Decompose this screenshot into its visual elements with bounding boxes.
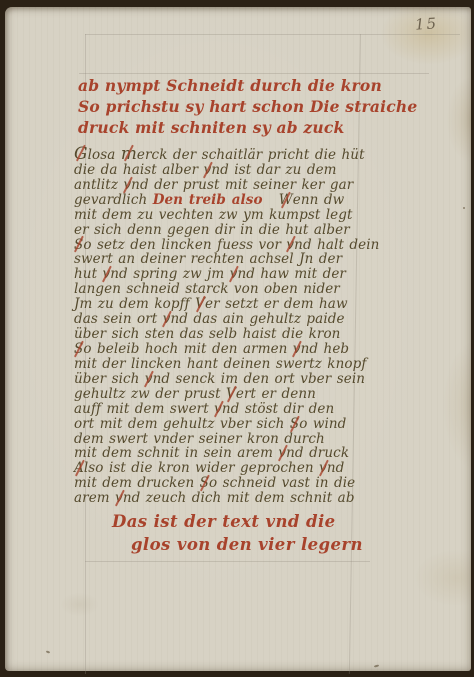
glosa-line: das sein ort vnd das ain gehultz paide: [74, 312, 379, 327]
text-span: setz den lincken fuess vor: [92, 237, 287, 253]
text-span: er denn: [256, 386, 316, 402]
red-touched-word: vnd: [214, 401, 239, 417]
ruling-line-footer: [85, 561, 370, 562]
text-span: das ain gehultz paide: [188, 311, 345, 327]
red-touched-word: So: [74, 237, 92, 253]
glosa-line: So beleib hoch mit den armen vnd heb: [74, 342, 379, 357]
text-span: ort mit dem gehultz vber sich: [74, 416, 290, 432]
glosa-line: langen schneid starck von oben nider: [74, 282, 379, 297]
red-touched-word: vnd: [230, 266, 255, 282]
red-touched-word: vnd: [204, 162, 229, 178]
closing-rubric-line: glos von den vier legern: [131, 533, 363, 556]
text-span: das sein ort: [74, 311, 163, 327]
red-touched-capital: S: [74, 342, 83, 357]
text-span: arem: [74, 490, 115, 506]
red-touched-capital: v: [103, 267, 111, 282]
red-touched-capital: v: [214, 402, 222, 417]
glosa-text-block: Glosa merck der schaitlär pricht die hüt…: [74, 146, 379, 506]
glosa-line: mit dem schnit in sein arem vnd druck: [74, 446, 379, 461]
ruling-line-top: [85, 34, 460, 35]
text-span: der schaitlär pricht die hüt: [168, 147, 365, 163]
red-touched-capital: A: [74, 461, 84, 476]
text-span: beleib hoch mit den armen: [92, 341, 293, 357]
glosa-line: So setz den lincken fuess vor vnd halt d…: [74, 238, 379, 253]
red-touched-capital: v: [319, 461, 327, 476]
glosa-line: arem vnd zeuch dich mit dem schnit ab: [74, 491, 379, 506]
glosa-line: Also ist die kron wider geprochen vnd: [74, 461, 379, 476]
verse-line: ab nympt Schneidt durch die kron: [78, 75, 417, 96]
red-touched-word: Ver setzt: [195, 296, 258, 312]
rubricated-words: Den treib also: [153, 192, 263, 208]
glosa-line: über sich sten das selb haist die kron: [74, 327, 379, 342]
manuscript-page: 15 ab nympt Schneidt durch die kronSo pr…: [5, 7, 471, 671]
glosa-line: Glosa merck der schaitlär pricht die hüt: [74, 146, 379, 163]
text-span: senck im den ort vber sein: [170, 371, 365, 387]
text-span: antlitz: [74, 177, 123, 193]
glosa-line: Jm zu dem kopff Ver setzt er dem haw: [74, 297, 379, 312]
glosa-line: gehultz zw der prust Vert er denn: [74, 387, 379, 402]
text-span: spring zw jm: [128, 266, 230, 282]
glosa-line: swert an deiner rechten achsel Jn der: [74, 252, 379, 267]
text-span: mit dem zu vechten zw ym kumpst legt: [74, 207, 353, 223]
text-span: auff mit dem swert: [74, 401, 214, 417]
text-span: die da haist alber: [74, 162, 204, 178]
ink-speck: [374, 664, 379, 667]
red-touched-capital: v: [293, 342, 301, 357]
text-span: mit dem drucken: [74, 475, 200, 491]
glosa-line: antlitz vnd der prust mit seiner ker gar: [74, 178, 379, 193]
red-touched-capital: S: [200, 476, 209, 491]
glosa-line: er sich denn gegen dir in die hut alber: [74, 223, 379, 238]
red-touched-word: vnd: [145, 371, 170, 387]
red-touched-capital: V: [195, 297, 205, 312]
red-touched-word: So: [200, 475, 218, 491]
red-touched-capital: v: [230, 267, 238, 282]
text-span: Jm zu dem kopff: [74, 296, 195, 312]
glosa-line: hut vnd spring zw jm vnd haw mit der: [74, 267, 379, 282]
glosa-line: ort mit dem gehultz vber sich So wind: [74, 417, 379, 432]
red-touched-word: So: [290, 416, 308, 432]
text-span: er sich denn gegen dir in die hut alber: [74, 222, 350, 238]
text-span: swert an deiner rechten achsel Jn der: [74, 251, 342, 267]
glosa-line: gevardlich Den treib also Wenn dw: [74, 193, 379, 208]
red-touched-capital: v: [115, 491, 123, 506]
red-touched-word: Also: [74, 460, 104, 476]
red-touched-capital: V: [226, 387, 236, 402]
text-span: mit dem schnit in sein arem: [74, 445, 278, 461]
red-touched-capital: S: [290, 417, 299, 432]
red-touched-capital: v: [163, 312, 171, 327]
red-touched-word: vnd: [103, 266, 128, 282]
red-touched-capital: S: [74, 238, 83, 253]
red-touched-capital: m: [121, 146, 137, 161]
text-span: stöst dir den: [239, 401, 334, 417]
red-touched-word: vnd: [278, 445, 303, 461]
red-touched-word: Wenn dw: [279, 192, 344, 208]
glosa-line: auff mit dem swert vnd stöst dir den: [74, 402, 379, 417]
text-span: ist dar zu dem: [229, 162, 337, 178]
text-span: mit der lincken hant deinen swertz knopf: [74, 356, 366, 372]
verse-line: druck mit schniten sy ab zuck: [78, 117, 417, 138]
text-span: der prust mit seiner ker gar: [149, 177, 354, 193]
text-span: [263, 192, 279, 208]
red-touched-word: vnd: [163, 311, 188, 327]
manuscript-photo: 15 ab nympt Schneidt durch die kronSo pr…: [0, 0, 474, 677]
glosa-line: über sich vnd senck im den ort vber sein: [74, 372, 379, 387]
glosa-line: mit dem zu vechten zw ym kumpst legt: [74, 208, 379, 223]
red-touched-word: So: [74, 341, 92, 357]
text-span: haw mit der: [255, 266, 346, 282]
red-touched-word: vnd: [293, 341, 318, 357]
text-span: über sich: [74, 371, 145, 387]
red-touched-word: Vert: [226, 386, 256, 402]
red-touched-word: merck: [121, 147, 168, 163]
text-span: halt dein: [312, 237, 380, 253]
text-span: dem swert vnder seiner kron durch: [74, 431, 325, 447]
closing-rubric: Das ist der text vnd dieglos von den vie…: [112, 510, 363, 556]
red-touched-capital: W: [279, 193, 293, 208]
red-touched-capital: G: [74, 146, 88, 161]
red-touched-capital: v: [278, 446, 286, 461]
verse-line: So prichstu sy hart schon Die straiche: [78, 96, 417, 117]
text-span: hut: [74, 266, 103, 282]
red-touched-word: vnd: [286, 237, 311, 253]
red-touched-word: Glosa: [74, 147, 115, 163]
text-span: heb: [318, 341, 349, 357]
ink-speck: [463, 207, 465, 209]
header-rubric-verse: ab nympt Schneidt durch die kronSo prich…: [78, 75, 417, 138]
ruling-line-header: [79, 73, 429, 74]
text-span: langen schneid starck von oben nider: [74, 281, 340, 297]
red-touched-capital: v: [123, 178, 131, 193]
text-span: zeuch dich mit dem schnit ab: [140, 490, 354, 506]
red-touched-capital: v: [286, 238, 294, 253]
red-touched-word: vnd: [319, 460, 344, 476]
text-span: gevardlich: [74, 192, 153, 208]
text-span: über sich sten das selb haist die kron: [74, 326, 340, 342]
ink-speck: [46, 650, 50, 653]
text-span: ist die kron wider geprochen: [104, 460, 320, 476]
glosa-line: die da haist alber vnd ist dar zu dem: [74, 163, 379, 178]
text-span: gehultz zw der prust: [74, 386, 226, 402]
glosa-line: dem swert vnder seiner kron durch: [74, 432, 379, 447]
text-span: wind: [307, 416, 346, 432]
red-touched-word: vnd: [115, 490, 140, 506]
glosa-line: mit dem drucken So schneid vast in die: [74, 476, 379, 491]
glosa-line: mit der lincken hant deinen swertz knopf: [74, 357, 379, 372]
red-touched-word: vnd: [123, 177, 148, 193]
red-touched-capital: v: [204, 163, 212, 178]
red-touched-capital: v: [145, 372, 153, 387]
closing-rubric-line: Das ist der text vnd die: [112, 510, 363, 533]
text-span: schneid vast in die: [217, 475, 355, 491]
folio-number: 15: [414, 14, 438, 34]
text-span: er dem haw: [258, 296, 347, 312]
